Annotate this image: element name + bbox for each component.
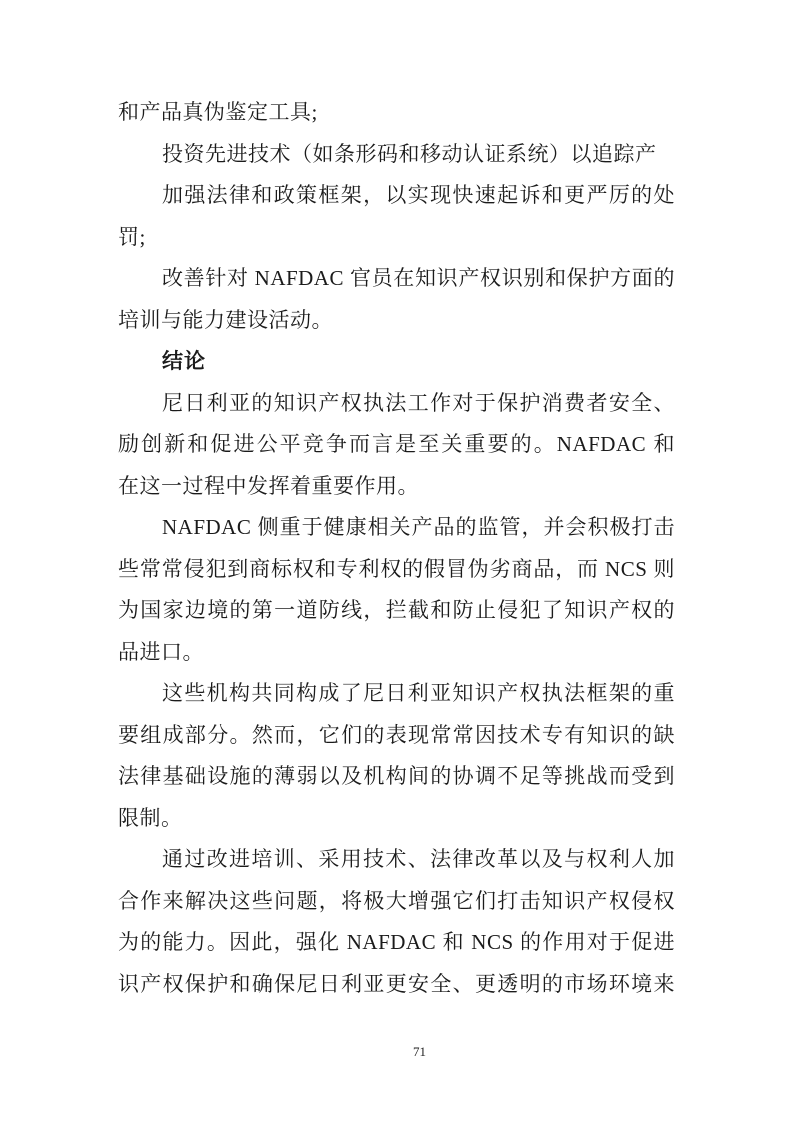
text-line: 加强法律和政策框架，以实现快速起诉和更严厉的处: [118, 175, 675, 217]
text-line: 通过改进培训、采用技术、法律改革以及与权利人加强: [118, 839, 675, 881]
text-line: 识产权保护和确保尼日利亚更安全、更透明的市场环境来讲: [118, 964, 675, 1006]
text-line: 和产品真伪鉴定工具;: [118, 92, 675, 134]
document-page: 和产品真伪鉴定工具;投资先进技术（如条形码和移动认证系统）以追踪产品;加强法律和…: [0, 0, 793, 1122]
text-line: 为的能力。因此，强化 NAFDAC 和 NCS 的作用对于促进知: [118, 922, 675, 964]
text-line: 在这一过程中发挥着重要作用。: [118, 466, 675, 508]
text-line: 投资先进技术（如条形码和移动认证系统）以追踪产品;: [118, 134, 675, 176]
document-body: 和产品真伪鉴定工具;投资先进技术（如条形码和移动认证系统）以追踪产品;加强法律和…: [118, 92, 675, 1005]
text-line: 合作来解决这些问题，将极大增强它们打击知识产权侵权行: [118, 881, 675, 923]
section-heading: 结论: [118, 341, 675, 383]
text-line: 罚;: [118, 217, 675, 259]
text-line: 法律基础设施的薄弱以及机构间的协调不足等挑战而受到: [118, 756, 675, 798]
text-line: 要组成部分。然而，它们的表现常常因技术专有知识的缺乏、: [118, 715, 675, 757]
page-number: 71: [413, 1044, 426, 1059]
text-line: 为国家边境的第一道防线，拦截和防止侵犯了知识产权的商: [118, 590, 675, 632]
text-line: 尼日利亚的知识产权执法工作对于保护消费者安全、鼓: [118, 383, 675, 425]
text-line: NAFDAC 侧重于健康相关产品的监管，并会积极打击那: [118, 507, 675, 549]
text-line: 些常常侵犯到商标权和专利权的假冒伪劣商品，而 NCS 则作: [118, 549, 675, 591]
page-footer: 71: [0, 1043, 793, 1061]
text-line: 培训与能力建设活动。: [118, 300, 675, 342]
text-line: 改善针对 NAFDAC 官员在知识产权识别和保护方面的: [118, 258, 675, 300]
text-line: 这些机构共同构成了尼日利亚知识产权执法框架的重: [118, 673, 675, 715]
text-line: 限制。: [118, 798, 675, 840]
text-line: 励创新和促进公平竞争而言是至关重要的。NAFDAC 和 NCS: [118, 424, 675, 466]
text-line: 品进口。: [118, 632, 675, 674]
